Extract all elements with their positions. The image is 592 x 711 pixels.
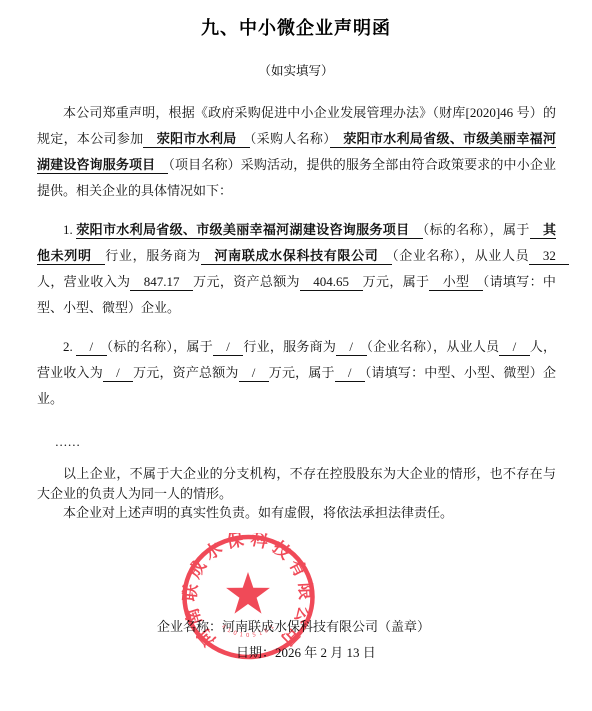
text-run: 万元，属于 bbox=[269, 365, 335, 380]
text-run: （企业名称），从业人员 bbox=[392, 248, 529, 263]
filled-field: 河南联成水保科技有限公司 bbox=[201, 248, 392, 265]
filled-field: / bbox=[76, 339, 106, 356]
filled-field: / bbox=[335, 365, 365, 382]
text-run: 行业，服务商为 bbox=[105, 248, 201, 263]
filled-field: / bbox=[499, 339, 529, 356]
clause-item-2: 2. / （标的名称），属于 / 行业，服务商为 / （企业名称），从业人员 /… bbox=[37, 334, 556, 412]
filled-field: 404.65 bbox=[300, 274, 363, 291]
filled-field: 荥阳市水利局 bbox=[143, 131, 249, 148]
signature-block: 企业名称：河南联成水保科技有限公司（盖章） 日期：2026 年 2 月 13 日 bbox=[37, 615, 430, 665]
text-run: （企业名称），从业人员 bbox=[367, 339, 500, 354]
text-run: （采购人名称） bbox=[250, 131, 330, 146]
text-run: 人，营业收入为 bbox=[37, 274, 130, 289]
filled-field: 32 bbox=[529, 248, 569, 265]
filled-field: 荥阳市水利局省级、市级美丽幸福河湖建设咨询服务项目 bbox=[76, 222, 422, 239]
closing-paragraphs: 以上企业，不属于大企业的分支机构，不存在控股股东为大企业的情形，也不存在与大企业… bbox=[37, 464, 556, 523]
ellipsis-line: ...... bbox=[37, 432, 556, 452]
text-run: 2. bbox=[63, 339, 76, 354]
document-subtitle: （如实填写） bbox=[0, 61, 592, 79]
seal-star-icon bbox=[226, 572, 270, 614]
filled-field: 小型 bbox=[429, 274, 482, 291]
filled-field: 847.17 bbox=[130, 274, 193, 291]
text-run: 1. bbox=[63, 222, 76, 237]
text-run: 万元，资产总额为 bbox=[193, 274, 300, 289]
company-name-line: 企业名称：河南联成水保科技有限公司（盖章） bbox=[37, 615, 430, 639]
document-body: 本公司郑重声明，根据《政府采购促进中小企业发展管理办法》（财库[2020]46 … bbox=[37, 100, 556, 523]
filled-field: / bbox=[336, 339, 366, 356]
text-run: 行业，服务商为 bbox=[243, 339, 336, 354]
filled-field: / bbox=[103, 365, 133, 382]
filled-field: / bbox=[239, 365, 269, 382]
text-run: 万元，属于 bbox=[363, 274, 430, 289]
paragraph-declaration: 本公司郑重声明，根据《政府采购促进中小企业发展管理办法》（财库[2020]46 … bbox=[37, 100, 556, 204]
text-run: （标的名称），属于 bbox=[107, 339, 213, 354]
filled-field: / bbox=[213, 339, 243, 356]
document-page: 九、中小微企业声明函 （如实填写） 本公司郑重声明，根据《政府采购促进中小企业发… bbox=[0, 0, 592, 711]
clause-item-1: 1. 荥阳市水利局省级、市级美丽幸福河湖建设咨询服务项目 （标的名称），属于 其… bbox=[37, 217, 556, 321]
document-title: 九、中小微企业声明函 bbox=[0, 0, 592, 40]
date-line: 日期：2026 年 2 月 13 日 bbox=[37, 641, 430, 665]
paragraph-legal-responsibility: 本企业对上述声明的真实性负责。如有虚假，将依法承担法律责任。 bbox=[37, 503, 556, 523]
paragraph-not-large-enterprise: 以上企业，不属于大企业的分支机构，不存在控股股东为大企业的情形，也不存在与大企业… bbox=[37, 464, 556, 503]
text-run: 万元，资产总额为 bbox=[133, 365, 238, 380]
text-run: （标的名称），属于 bbox=[423, 222, 530, 237]
